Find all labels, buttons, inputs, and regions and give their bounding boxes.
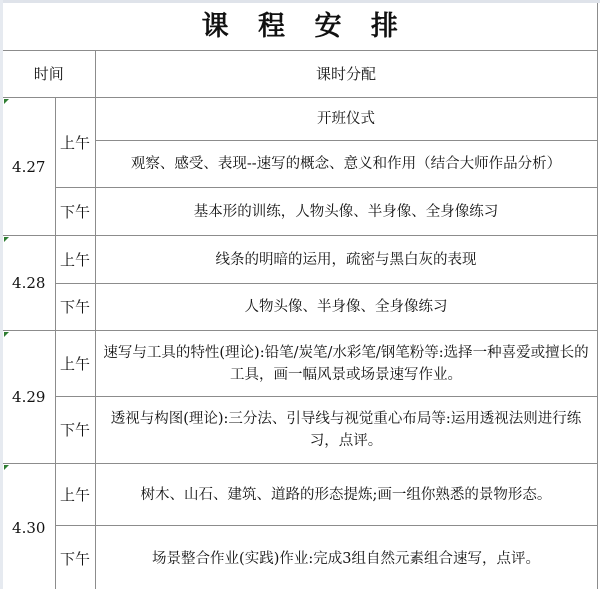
content-cell[interactable]: 场景整合作业(实践)作业:完成3组自然元素组合速写，点评。 <box>95 526 597 589</box>
date-label: 4.29 <box>12 388 45 406</box>
date-cell[interactable]: 4.28 <box>3 236 55 331</box>
table-row: 4.30 上午 树木、山石、建筑、道路的形态提炼;画一组你熟悉的景物形态。 <box>3 464 597 526</box>
course-schedule-table: 课 程 安 排 时间 课时分配 4.27 上午 开班仪式 观察、感受、表现--速… <box>3 3 598 589</box>
header-row: 时间 课时分配 <box>3 51 597 98</box>
period-cell-morning[interactable]: 上午 <box>55 464 95 526</box>
date-cell[interactable]: 4.27 <box>3 98 55 236</box>
schedule-sheet: 课 程 安 排 时间 课时分配 4.27 上午 开班仪式 观察、感受、表现--速… <box>3 3 597 589</box>
cell-comment-marker-icon <box>4 237 9 242</box>
header-content[interactable]: 课时分配 <box>95 51 597 98</box>
content-cell[interactable]: 开班仪式 <box>95 98 597 141</box>
table-row: 下午 场景整合作业(实践)作业:完成3组自然元素组合速写，点评。 <box>3 526 597 589</box>
table-row: 4.27 上午 开班仪式 <box>3 98 597 141</box>
date-label: 4.28 <box>12 274 45 292</box>
period-cell-afternoon[interactable]: 下午 <box>55 188 95 236</box>
cell-comment-marker-icon <box>4 465 9 470</box>
period-cell-morning[interactable]: 上午 <box>55 98 95 188</box>
cell-comment-marker-icon <box>4 99 9 104</box>
period-cell-morning[interactable]: 上午 <box>55 236 95 284</box>
table-row: 4.29 上午 速写与工具的特性(理论):铅笔/炭笔/水彩笔/钢笔粉等:选择一种… <box>3 331 597 397</box>
period-cell-afternoon[interactable]: 下午 <box>55 526 95 589</box>
table-row: 下午 人物头像、半身像、全身像练习 <box>3 284 597 331</box>
period-cell-morning[interactable]: 上午 <box>55 331 95 397</box>
table-row: 下午 基本形的训练，人物头像、半身像、全身像练习 <box>3 188 597 236</box>
content-cell[interactable]: 树木、山石、建筑、道路的形态提炼;画一组你熟悉的景物形态。 <box>95 464 597 526</box>
table-row: 下午 透视与构图(理论):三分法、引导线与视觉重心布局等:运用透视法则进行练习，… <box>3 397 597 464</box>
table-row: 4.28 上午 线条的明暗的运用，疏密与黑白灰的表现 <box>3 236 597 284</box>
content-cell[interactable]: 观察、感受、表现--速写的概念、意义和作用（结合大师作品分析） <box>95 141 597 188</box>
date-label: 4.30 <box>12 519 45 537</box>
content-cell[interactable]: 速写与工具的特性(理论):铅笔/炭笔/水彩笔/钢笔粉等:选择一种喜爱或擅长的工具… <box>95 331 597 397</box>
content-cell[interactable]: 基本形的训练，人物头像、半身像、全身像练习 <box>95 188 597 236</box>
title-row: 课 程 安 排 <box>3 3 597 51</box>
content-cell[interactable]: 透视与构图(理论):三分法、引导线与视觉重心布局等:运用透视法则进行练习，点评。 <box>95 397 597 464</box>
header-time[interactable]: 时间 <box>3 51 95 98</box>
content-cell[interactable]: 人物头像、半身像、全身像练习 <box>95 284 597 331</box>
date-cell[interactable]: 4.30 <box>3 464 55 589</box>
period-cell-afternoon[interactable]: 下午 <box>55 284 95 331</box>
page-title[interactable]: 课 程 安 排 <box>3 3 597 51</box>
date-label: 4.27 <box>12 158 45 176</box>
content-cell[interactable]: 线条的明暗的运用，疏密与黑白灰的表现 <box>95 236 597 284</box>
cell-comment-marker-icon <box>4 332 9 337</box>
period-cell-afternoon[interactable]: 下午 <box>55 397 95 464</box>
date-cell[interactable]: 4.29 <box>3 331 55 464</box>
